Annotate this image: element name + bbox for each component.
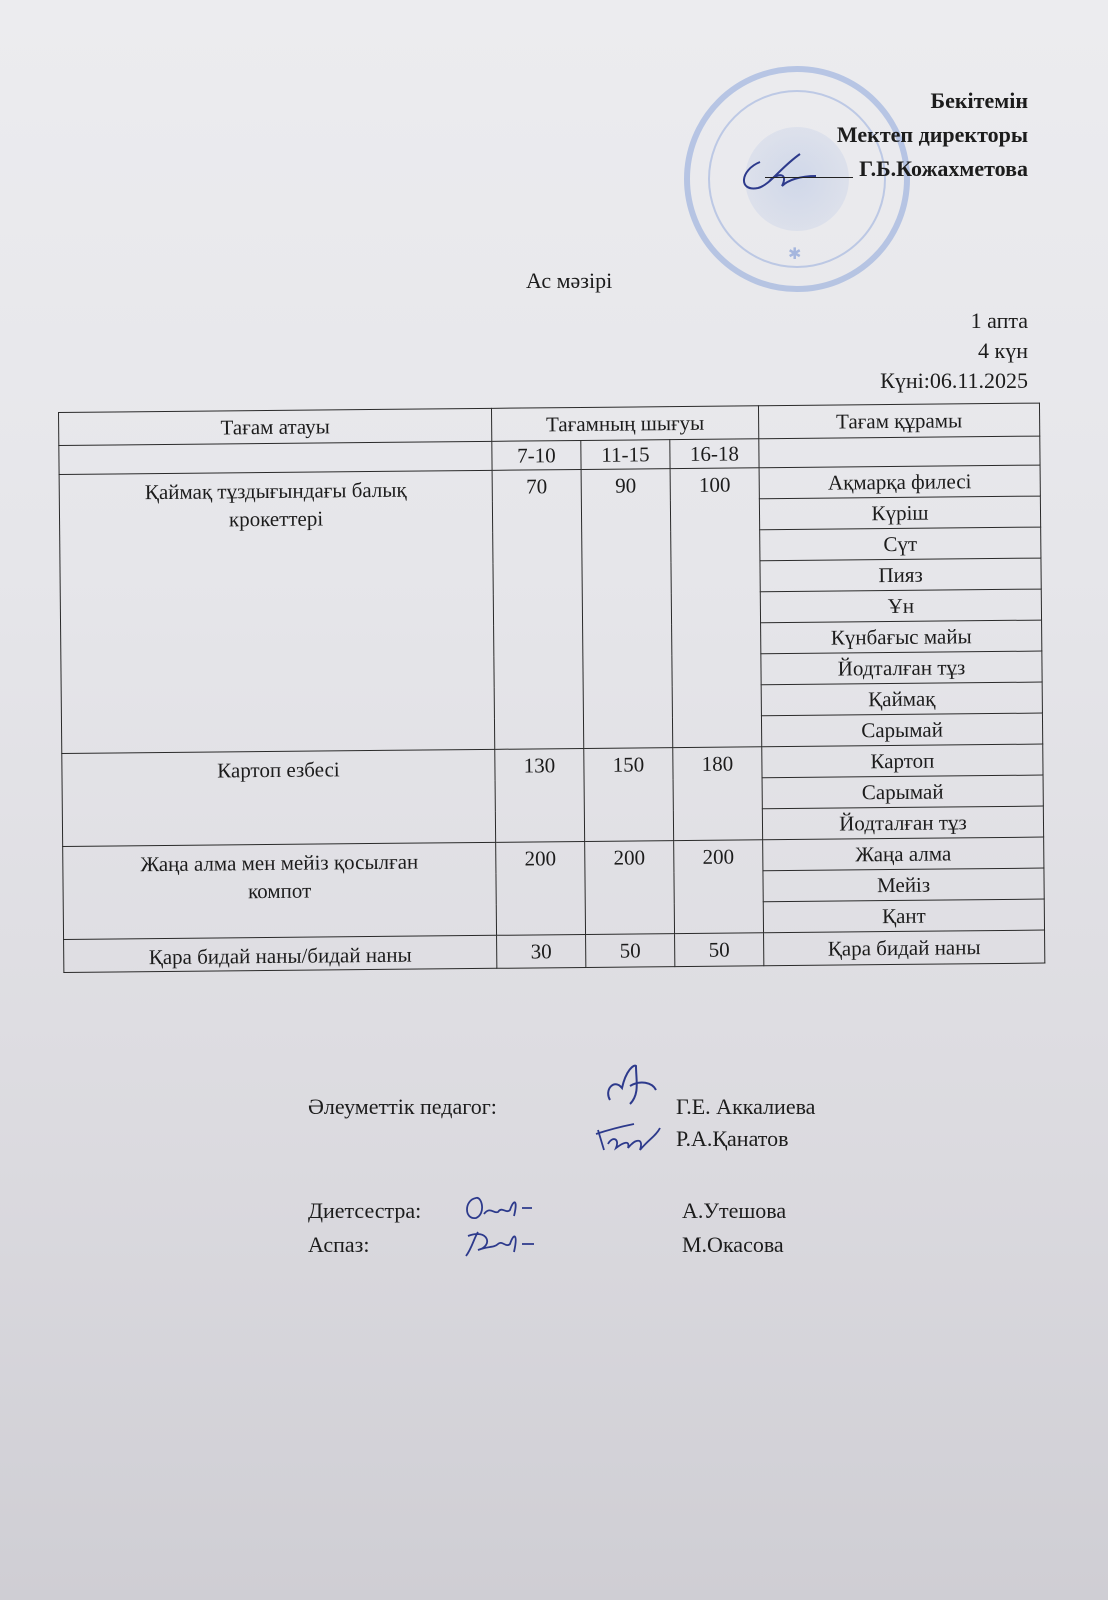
header-age-group: 7-10	[492, 440, 581, 470]
dish-name-cell: Қаймақ тұздығындағы балықкрокеттері	[59, 470, 495, 753]
ingredient-cell: Ұн	[760, 589, 1041, 623]
document-title: Ас мәзірі	[526, 268, 612, 294]
ingredient-cell: Күнбағыс майы	[761, 620, 1042, 654]
social-pedagogue-name-1: Г.Е. Аккалиева	[676, 1094, 815, 1120]
dietitian-label: Диетсестра:	[308, 1198, 421, 1224]
pedagogue-2-signature-icon	[594, 1122, 664, 1158]
portion-cell: 50	[586, 934, 675, 968]
approval-director-name: Г.Б.Кожахметова	[859, 156, 1028, 181]
ingredient-cell: Йодталған тұз	[761, 651, 1042, 685]
dish-name-cell: Қара бидай наны/бидай наны	[64, 935, 497, 972]
ingredient-cell: Йодталған тұз	[762, 806, 1043, 840]
portion-cell: 90	[581, 469, 673, 749]
ingredient-cell: Картоп	[762, 744, 1043, 778]
header-composition: Тағам құрамы	[758, 403, 1039, 439]
dish-name-cell: Жаңа алма мен мейіз қосылғанкомпот	[63, 842, 497, 939]
cook-label: Аспаз:	[308, 1232, 369, 1258]
ingredient-cell: Пияз	[760, 558, 1041, 592]
ingredient-cell: Мейіз	[763, 868, 1044, 902]
header-blank	[59, 441, 492, 474]
menu-table: Тағам атауы Тағамның шығуы Тағам құрамы …	[58, 403, 1045, 973]
portion-cell: 70	[492, 469, 584, 749]
pedagogue-signature-icon	[600, 1060, 660, 1110]
portion-cell: 150	[584, 748, 674, 842]
social-pedagogue-label: Әлеуметтік педагог:	[308, 1094, 497, 1120]
approval-position: Мектеп директоры	[765, 118, 1028, 152]
week-label: 1 апта	[880, 306, 1028, 336]
dish-name-line: крокеттері	[64, 503, 488, 535]
portion-cell: 200	[496, 841, 586, 935]
portion-cell: 130	[495, 748, 585, 842]
ingredient-cell: Қара бидай наны	[764, 930, 1045, 966]
dietitian-signature-icon	[462, 1192, 542, 1224]
cook-signature-icon	[458, 1226, 542, 1262]
social-pedagogue-name-2: Р.А.Қанатов	[676, 1126, 789, 1152]
signature-line	[765, 177, 853, 178]
ingredient-cell: Ақмарқа филесі	[759, 465, 1040, 499]
header-yield: Тағамның шығуы	[491, 406, 758, 442]
ingredient-cell: Күріш	[759, 496, 1040, 530]
header-age-group: 11-15	[581, 440, 670, 470]
document-meta: 1 апта 4 күн Күні:06.11.2025	[880, 306, 1028, 396]
portion-cell: 30	[497, 934, 586, 968]
ingredient-cell: Қант	[763, 899, 1044, 933]
ingredient-cell: Сүт	[760, 527, 1041, 561]
ingredient-cell: Қаймақ	[761, 682, 1042, 716]
dietitian-name: А.Утешова	[682, 1198, 786, 1224]
dish-name-line: компот	[67, 875, 491, 907]
document-page: ✱ Бекітемін Мектеп директоры Г.Б.Кожахме…	[0, 0, 1108, 1600]
portion-cell: 180	[673, 747, 763, 841]
date-label: Күні:06.11.2025	[880, 366, 1028, 396]
dish-name-cell: Картоп езбесі	[62, 749, 496, 846]
dish-name-line: Қара бидай наны/бидай наны	[68, 940, 492, 972]
dish-name-line: Қаймақ тұздығындағы балық	[64, 475, 488, 507]
portion-cell: 200	[585, 841, 675, 935]
ingredient-cell: Сарымай	[762, 775, 1043, 809]
portion-cell: 200	[674, 840, 764, 934]
cook-name: М.Окасова	[682, 1232, 784, 1258]
header-blank	[759, 436, 1040, 468]
ingredient-cell: Сарымай	[761, 713, 1042, 747]
approval-block: Бекітемін Мектеп директоры Г.Б.Кожахмето…	[765, 84, 1028, 186]
dish-name-line: Жаңа алма мен мейіз қосылған	[67, 847, 491, 879]
dish-name-line: Картоп езбесі	[66, 754, 490, 786]
header-dish-name: Тағам атауы	[59, 408, 492, 445]
portion-cell: 50	[675, 933, 764, 967]
header-age-group: 16-18	[670, 439, 759, 469]
day-label: 4 күн	[880, 336, 1028, 366]
portion-cell: 100	[670, 468, 762, 748]
approval-heading: Бекітемін	[765, 84, 1028, 118]
stamp-star-icon: ✱	[788, 244, 801, 264]
ingredient-cell: Жаңа алма	[763, 837, 1044, 871]
